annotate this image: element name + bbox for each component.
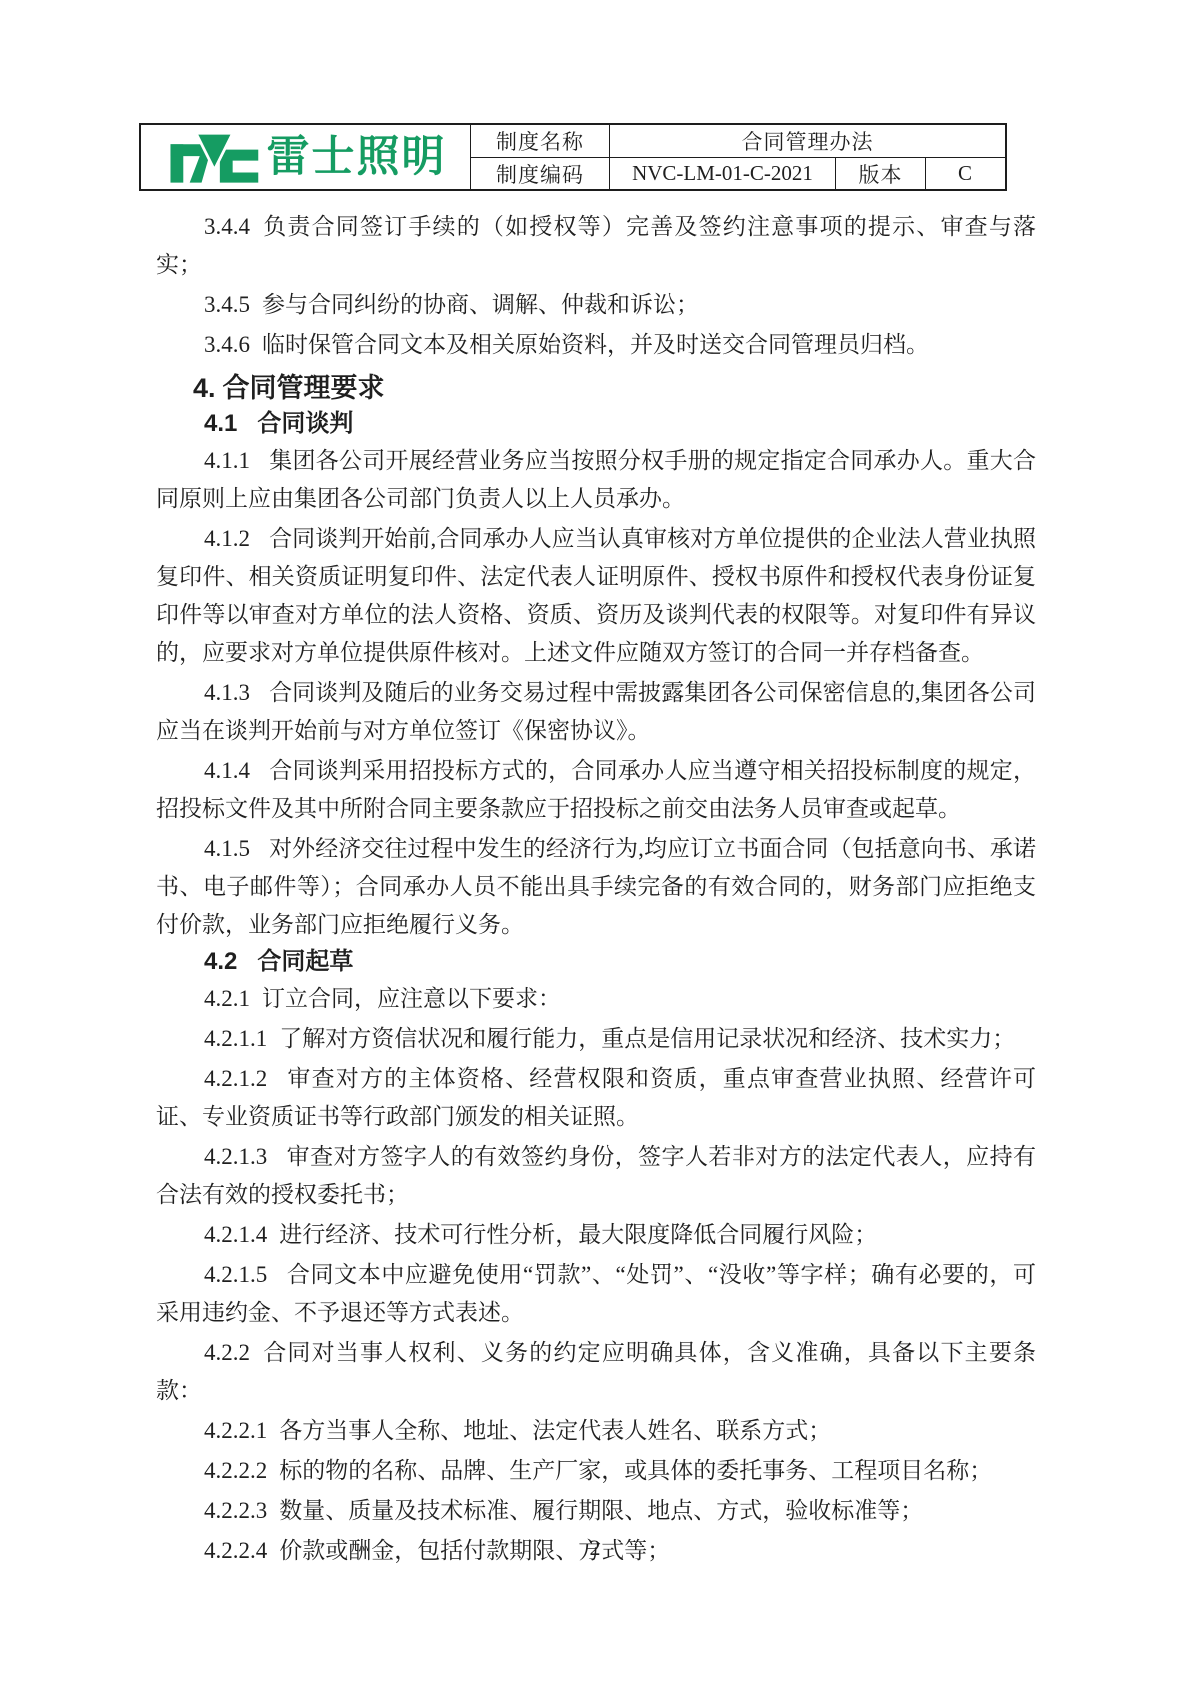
clause-text: 订立合同，应注意以下要求：: [262, 986, 561, 1011]
page: 雷士照明 制度名称 合同管理办法 制度编码 NVC-LM-01-C-2021 版…: [0, 0, 1190, 1683]
clause-number: 4.2: [204, 948, 237, 975]
document-body: 3.4.4负责合同签订手续的（如授权等）完善及签约注意事项的提示、审查与落实； …: [156, 206, 1036, 1572]
clause-number: 4.2.1.1: [204, 1026, 267, 1051]
clause-text: 各方当事人全称、地址、法定代表人姓名、联系方式；: [279, 1418, 831, 1443]
clause-text: 负责合同签订手续的（如授权等）完善及签约注意事项的提示、审查与落实；: [156, 214, 1036, 277]
clause-4-1: 4.1合同谈判: [156, 408, 1036, 440]
clause-number: 3.4.4: [204, 214, 250, 239]
clause-4-2-1-4: 4.2.1.4进行经济、技术可行性分析，最大限度降低合同履行风险；: [156, 1216, 1036, 1254]
clause-4-2-1-1: 4.2.1.1了解对方资信状况和履行能力，重点是信用记录状况和经济、技术实力；: [156, 1020, 1036, 1058]
clause-number: 4.2.2: [204, 1340, 250, 1365]
brand-logo: 雷士照明: [165, 129, 447, 185]
clause-4-1-3: 4.1.3合同谈判及随后的业务交易过程中需披露集团各公司保密信息的,集团各公司应…: [156, 674, 1036, 750]
clause-text: 合同管理要求: [223, 373, 385, 403]
clause-number: 4.1.2: [204, 526, 250, 551]
clause-text: 参与合同纠纷的协商、调解、仲裁和诉讼；: [262, 292, 699, 317]
policy-name-value: 合同管理办法: [609, 125, 1005, 157]
clause-number: 4.2.2.2: [204, 1458, 267, 1483]
clause-4-2: 4.2合同起草: [156, 946, 1036, 978]
clause-number: 4.2.2.1: [204, 1418, 267, 1443]
clause-3-4-5: 3.4.5参与合同纠纷的协商、调解、仲裁和诉讼；: [156, 286, 1036, 324]
clause-4: 4.合同管理要求: [156, 370, 1036, 406]
clause-4-2-2-3: 4.2.2.3数量、质量及技术标准、履行期限、地点、方式，验收标准等；: [156, 1492, 1036, 1530]
clause-text: 进行经济、技术可行性分析，最大限度降低合同履行风险；: [279, 1222, 877, 1247]
clause-4-2-1-5: 4.2.1.5合同文本中应避免使用“罚款”、“处罚”、“没收”等字样；确有必要的…: [156, 1256, 1036, 1332]
clause-4-2-2-1: 4.2.2.1各方当事人全称、地址、法定代表人姓名、联系方式；: [156, 1412, 1036, 1450]
clause-text: 审查对方签字人的有效签约身份，签字人若非对方的法定代表人，应持有合法有效的授权委…: [156, 1144, 1036, 1207]
page-number: 2: [0, 1533, 1190, 1563]
logo-cell: 雷士照明: [141, 125, 470, 189]
clause-3-4-6: 3.4.6临时保管合同文本及相关原始资料，并及时送交合同管理员归档。: [156, 326, 1036, 364]
clause-4-2-2-2: 4.2.2.2标的物的名称、品牌、生产厂家，或具体的委托事务、工程项目名称；: [156, 1452, 1036, 1490]
clause-4-2-1: 4.2.1订立合同，应注意以下要求：: [156, 980, 1036, 1018]
clause-3-4-4: 3.4.4负责合同签订手续的（如授权等）完善及签约注意事项的提示、审查与落实；: [156, 208, 1036, 284]
clause-number: 4.1.3: [204, 680, 250, 705]
clause-number: 4.1.5: [204, 836, 250, 861]
clause-number: 4.: [193, 373, 216, 403]
version-label: 版本: [835, 157, 925, 189]
policy-code-label: 制度编码: [470, 157, 609, 189]
clause-4-1-5: 4.1.5对外经济交往过程中发生的经济行为,均应订立书面合同（包括意向书、承诺书…: [156, 830, 1036, 944]
policy-name-label: 制度名称: [470, 125, 609, 157]
version-value: C: [925, 157, 1005, 189]
clause-text: 合同谈判开始前,合同承办人应当认真审核对方单位提供的企业法人营业执照复印件、相关…: [156, 526, 1036, 665]
clause-number: 4.2.1.3: [204, 1144, 267, 1169]
clause-4-1-2: 4.1.2合同谈判开始前,合同承办人应当认真审核对方单位提供的企业法人营业执照复…: [156, 520, 1036, 672]
clause-number: 4.1.1: [204, 448, 250, 473]
clause-number: 4.2.2.3: [204, 1498, 267, 1523]
clause-text: 临时保管合同文本及相关原始资料，并及时送交合同管理员归档。: [262, 332, 929, 357]
clause-text: 集团各公司开展经营业务应当按照分权手册的规定指定合同承办人。重大合同原则上应由集…: [156, 448, 1036, 511]
clause-text: 合同谈判采用招投标方式的，合同承办人应当遵守相关招投标制度的规定，招投标文件及其…: [156, 758, 1036, 821]
header-table: 雷士照明 制度名称 合同管理办法 制度编码 NVC-LM-01-C-2021 版…: [139, 123, 1007, 191]
clause-number: 4.1: [204, 410, 237, 437]
clause-text: 数量、质量及技术标准、履行期限、地点、方式，验收标准等；: [279, 1498, 923, 1523]
clause-text: 对外经济交往过程中发生的经济行为,均应订立书面合同（包括意向书、承诺书、电子邮件…: [156, 836, 1036, 937]
clause-4-2-1-2: 4.2.1.2审查对方的主体资格、经营权限和资质，重点审查营业执照、经营许可证、…: [156, 1060, 1036, 1136]
clause-number: 3.4.5: [204, 292, 250, 317]
policy-code-value: NVC-LM-01-C-2021: [609, 157, 835, 189]
clause-number: 4.1.4: [204, 758, 250, 783]
nvc-logo-icon: [165, 129, 261, 185]
clause-text: 标的物的名称、品牌、生产厂家，或具体的委托事务、工程项目名称；: [279, 1458, 992, 1483]
clause-number: 4.2.1.2: [204, 1066, 267, 1091]
clause-text: 合同谈判: [257, 410, 353, 437]
brand-name-text: 雷士照明: [267, 136, 447, 179]
clause-number: 4.2.1.4: [204, 1222, 267, 1247]
clause-4-2-1-3: 4.2.1.3审查对方签字人的有效签约身份，签字人若非对方的法定代表人，应持有合…: [156, 1138, 1036, 1214]
clause-4-1-4: 4.1.4合同谈判采用招投标方式的，合同承办人应当遵守相关招投标制度的规定，招投…: [156, 752, 1036, 828]
clause-text: 合同谈判及随后的业务交易过程中需披露集团各公司保密信息的,集团各公司应当在谈判开…: [156, 680, 1036, 743]
clause-4-1-1: 4.1.1集团各公司开展经营业务应当按照分权手册的规定指定合同承办人。重大合同原…: [156, 442, 1036, 518]
clause-text: 合同起草: [257, 948, 353, 975]
clause-4-2-2: 4.2.2合同对当事人权利、义务的约定应明确具体，含义准确，具备以下主要条款：: [156, 1334, 1036, 1410]
clause-number: 4.2.1: [204, 986, 250, 1011]
clause-text: 合同文本中应避免使用“罚款”、“处罚”、“没收”等字样；确有必要的，可采用违约金…: [156, 1262, 1036, 1325]
clause-number: 3.4.6: [204, 332, 250, 357]
clause-text: 审查对方的主体资格、经营权限和资质，重点审查营业执照、经营许可证、专业资质证书等…: [156, 1066, 1036, 1129]
clause-text: 合同对当事人权利、义务的约定应明确具体，含义准确，具备以下主要条款：: [156, 1340, 1036, 1403]
clause-text: 了解对方资信状况和履行能力，重点是信用记录状况和经济、技术实力；: [279, 1026, 1015, 1051]
clause-number: 4.2.1.5: [204, 1262, 267, 1287]
